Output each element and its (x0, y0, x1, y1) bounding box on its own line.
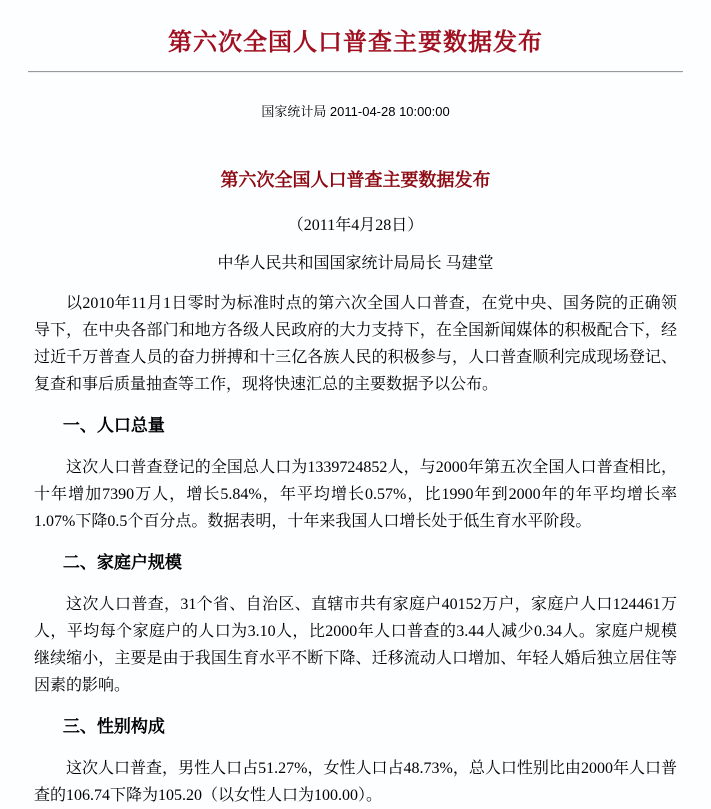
title-divider (28, 71, 683, 73)
section-heading-household-size: 二、家庭户规模 (34, 549, 677, 576)
section-body-population-total: 这次人口普查登记的全国总人口为1339724852人，与2000年第五次全国人口… (34, 454, 677, 535)
source-timestamp: 国家统计局 2011-04-28 10:00:00 (0, 101, 711, 120)
section-heading-population-total: 一、人口总量 (34, 412, 677, 439)
article-date: （2011年4月28日） (34, 212, 677, 235)
page-title: 第六次全国人口普查主要数据发布 (30, 22, 681, 57)
article-byline: 中华人民共和国国家统计局局长 马建堂 (34, 250, 677, 273)
article-title: 第六次全国人口普查主要数据发布 (34, 166, 677, 192)
intro-paragraph: 以2010年11月1日零时为标准时点的第六次全国人口普查，在党中央、国务院的正确… (34, 290, 677, 398)
article-page: 第六次全国人口普查主要数据发布 国家统计局 2011-04-28 10:00:0… (0, 0, 711, 809)
section-heading-sex-composition: 三、性别构成 (34, 713, 677, 740)
section-body-sex-composition: 这次人口普查，男性人口占51.27%，女性人口占48.73%，总人口性别比由20… (34, 755, 677, 809)
article-body: 第六次全国人口普查主要数据发布 （2011年4月28日） 中华人民共和国国家统计… (0, 166, 711, 809)
section-body-household-size: 这次人口普查，31个省、自治区、直辖市共有家庭户40152万户，家庭户人口124… (34, 591, 677, 699)
